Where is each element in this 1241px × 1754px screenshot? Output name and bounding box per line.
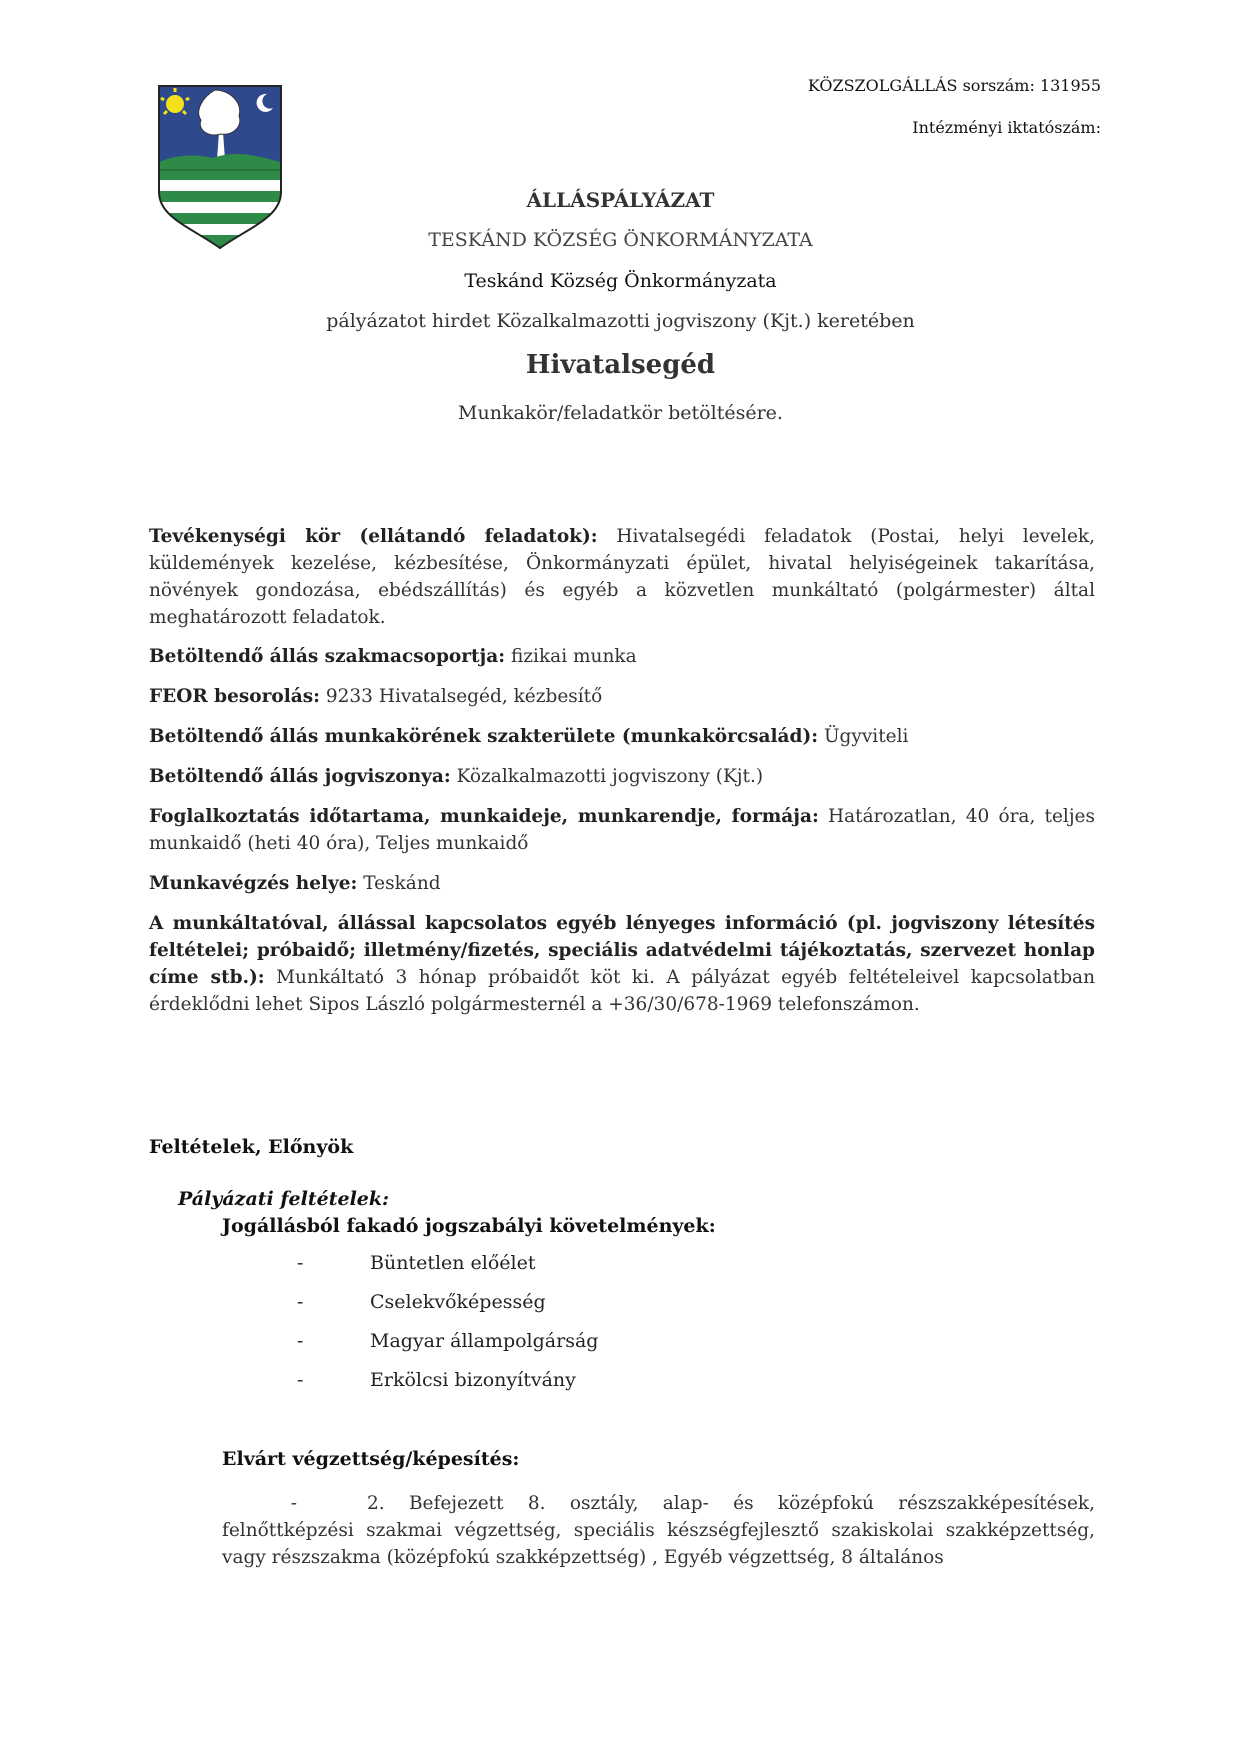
other-info-paragraph: A munkáltatóval, állással kapcsolatos eg… [149,910,1095,1018]
legal-relationship-value: Közalkalmazotti jogviszony (Kjt.) [451,766,763,787]
organization-upper: TESKÁND KÖZSÉG ÖNKORMÁNYZATA [0,229,1241,251]
institution-filing-number: Intézményi iktatószám: [912,118,1101,137]
coat-of-arms-icon [155,82,285,252]
dash-bullet-icon: - [222,1490,297,1517]
requirement-text: Cselekvőképesség [370,1291,546,1313]
dash-bullet-icon: - [297,1291,303,1313]
profession-group-label: Betöltendő állás szakmacsoportja: [149,646,505,667]
document-type: ÁLLÁSPÁLYÁZAT [0,188,1241,212]
activities-label: Tevékenységi kör (ellátandó feladatok): [149,526,598,547]
profession-group-paragraph: Betöltendő állás szakmacsoportja: fizika… [149,643,1095,670]
workplace-paragraph: Munkavégzés helye: Teskánd [149,870,1095,897]
requirement-text: Büntetlen előélet [370,1252,536,1274]
workplace-label: Munkavégzés helye: [149,873,357,894]
dash-bullet-icon: - [297,1252,303,1274]
document-page: KÖZSZOLGÁLLÁS sorszám: 131955 Intézményi… [0,0,1241,1754]
workplace-value: Teskánd [357,873,440,894]
profession-group-value: fizikai munka [505,646,637,667]
legal-requirements-title: Jogállásból fakadó jogszabályi követelmé… [222,1215,716,1237]
conditions-section-title: Feltételek, Előnyök [149,1136,353,1158]
dash-bullet-icon: - [297,1369,303,1391]
legal-relationship-label: Betöltendő állás jogviszonya: [149,766,451,787]
education-title: Elvárt végzettség/képesítés: [222,1448,519,1470]
job-family-value: Ügyviteli [818,726,908,747]
feor-label: FEOR besorolás: [149,686,320,707]
purpose-line: Munkakör/feladatkör betöltésére. [0,402,1241,424]
organization-name: Teskánd Község Önkormányzata [0,270,1241,292]
job-family-label: Betöltendő állás munkakörének szakterüle… [149,726,818,747]
dash-bullet-icon: - [297,1330,303,1352]
employment-label: Foglalkoztatás időtartama, munkaideje, m… [149,806,819,827]
legal-relationship-paragraph: Betöltendő állás jogviszonya: Közalkalma… [149,763,1095,790]
requirement-text: Magyar állampolgárság [370,1330,598,1352]
reference-number: KÖZSZOLGÁLLÁS sorszám: 131955 [808,76,1101,95]
education-text: 2. Befejezett 8. osztály, alap- és közép… [222,1493,1095,1568]
application-conditions-title: Pályázati feltételek: [178,1188,389,1210]
activities-paragraph: Tevékenységi kör (ellátandó feladatok): … [149,523,1095,631]
education-requirement: -2. Befejezett 8. osztály, alap- és közé… [222,1490,1095,1571]
requirement-text: Erkölcsi bizonyítvány [370,1369,576,1391]
employment-paragraph: Foglalkoztatás időtartama, munkaideje, m… [149,803,1095,857]
feor-value: 9233 Hivatalsegéd, kézbesítő [320,686,602,707]
other-info-value: Munkáltató 3 hónap próbaidőt köt ki. A p… [149,967,1095,1015]
feor-paragraph: FEOR besorolás: 9233 Hivatalsegéd, kézbe… [149,683,1095,710]
job-family-paragraph: Betöltendő állás munkakörének szakterüle… [149,723,1095,750]
position-title: Hivatalsegéd [0,350,1241,380]
announcement-line: pályázatot hirdet Közalkalmazotti jogvis… [0,310,1241,332]
